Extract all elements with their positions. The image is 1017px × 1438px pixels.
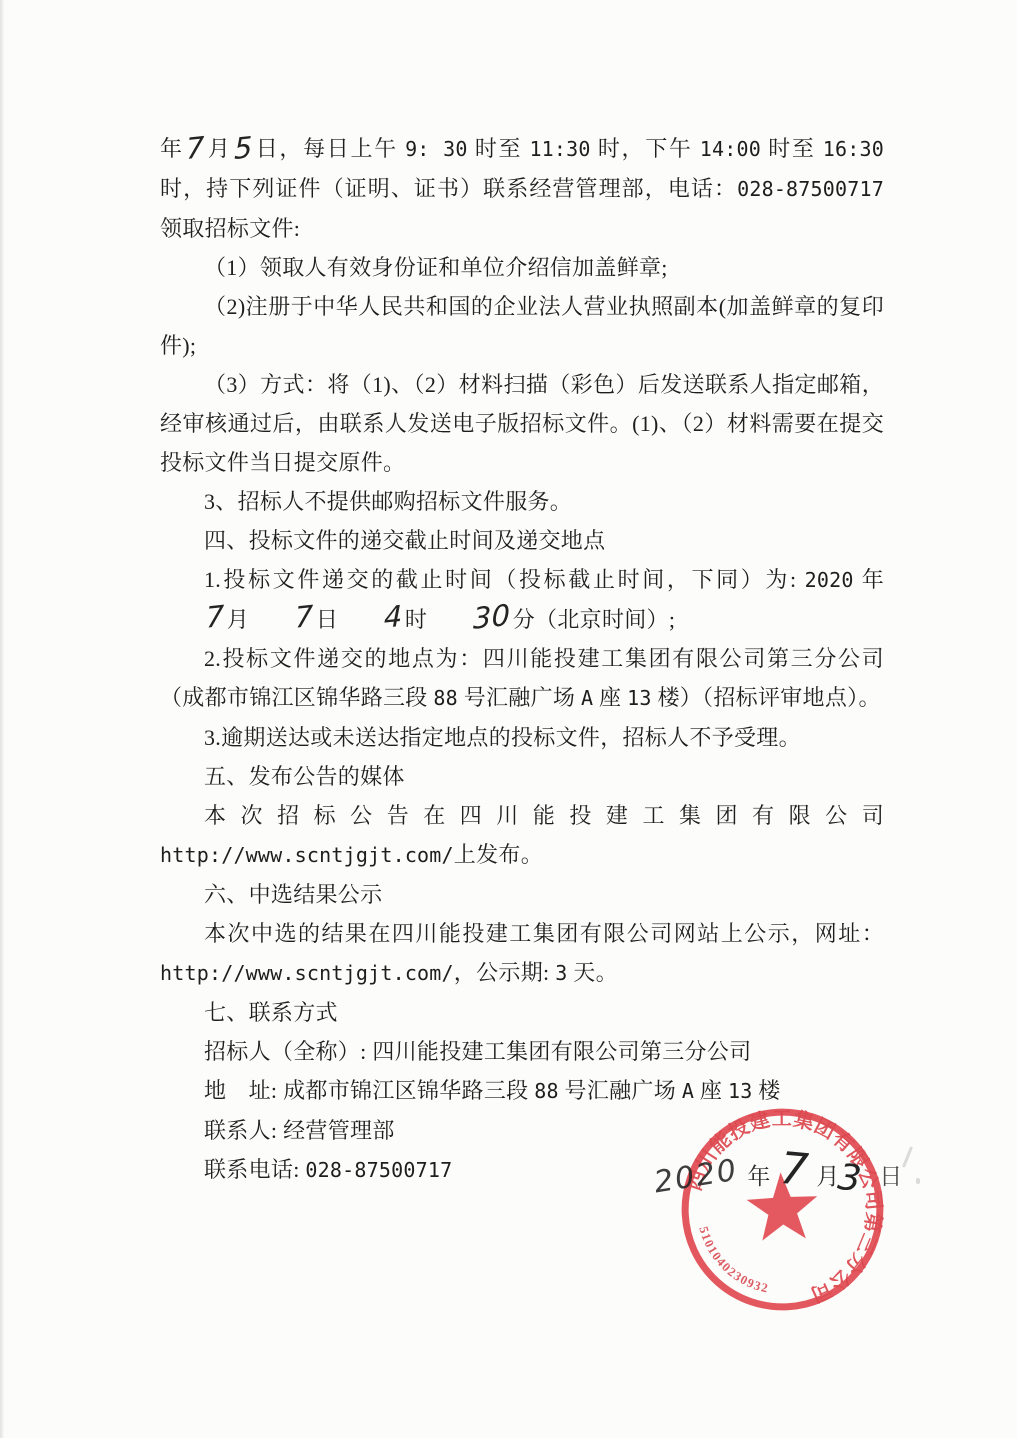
- mono-segment: 13: [728, 1079, 752, 1103]
- mono-segment: http://www.scntjgjt.com/: [160, 961, 454, 985]
- scan-edge-artifact: [0, 0, 4, 1438]
- text-segment: 时: [405, 607, 427, 632]
- paragraph: 2.投标文件递交的地点为：四川能投建工集团有限公司第三分公司（成都市锦江区锦华路…: [160, 639, 884, 718]
- text-segment: 月: [227, 607, 249, 632]
- text-segment: 时至: [468, 136, 530, 161]
- text-segment: 天。: [567, 960, 617, 985]
- mono-segment: http://www.scntjgjt.com/: [160, 843, 454, 867]
- seal-serial-text: 5101040230932: [696, 1222, 771, 1299]
- text-segment: 四、投标文件的递交截止时间及递交地点: [204, 528, 605, 553]
- text-segment: 时至: [761, 136, 823, 161]
- text-segment: 3.逾期送达或未送达指定地点的投标文件，招标人不予受理。: [204, 725, 801, 750]
- text-segment: （1）领取人有效身份证和单位介绍信加盖鲜章;: [204, 255, 668, 280]
- text-segment: 座: [694, 1078, 728, 1103]
- text-segment: （2)注册于中华人民共和国的企业法人营业执照副本(加盖鲜章的复印件);: [160, 294, 884, 358]
- text-segment: 时，下午: [591, 136, 700, 161]
- text-segment: 联系电话:: [204, 1157, 305, 1182]
- paragraph: 联系电话: 028-87500717: [160, 1150, 884, 1190]
- paragraph: 五、发布公告的媒体: [160, 757, 884, 796]
- paragraph: 本次中选的结果在四川能投建工集团有限公司网站上公示，网址：http://www.…: [160, 914, 884, 993]
- paragraph: 七、联系方式: [160, 993, 884, 1032]
- text-segment: 1.投标文件递交的截止时间（投标截止时间，下同）为:: [204, 567, 805, 592]
- text-segment: 本次招标公告在四川能投建工集团有限公司: [204, 803, 884, 828]
- paragraph: 联系人: 经营管理部: [160, 1111, 884, 1150]
- text-segment: 招标人（全称）: 四川能投建工集团有限公司第三分公司: [204, 1039, 751, 1064]
- document-body: 年7月5日，每日上午 9: 30 时至 11:30 时，下午 14:00 时至 …: [160, 129, 884, 1190]
- text-segment: 时，持下列证件（证明、证书）联系经营管理部，电话：: [160, 176, 737, 201]
- text-segment: （3）方式：将（1)、（2）材料扫描（彩色）后发送联系人指定邮箱，经审核通过后，…: [160, 372, 884, 475]
- text-segment: 七、联系方式: [204, 1000, 338, 1025]
- text-segment: ，公示期:: [454, 960, 555, 985]
- handwritten-segment: 4: [338, 616, 404, 623]
- mono-segment: A: [581, 686, 593, 710]
- mono-segment: 88: [433, 686, 457, 710]
- paragraph: 1.投标文件递交的截止时间（投标截止时间，下同）为: 2020 年7月7日4时3…: [160, 560, 884, 639]
- mono-segment: 13: [627, 686, 651, 710]
- text-segment: 分（北京时间）;: [513, 607, 676, 632]
- text-segment: 上发布。: [454, 842, 543, 867]
- text-segment: 座: [593, 685, 627, 710]
- handwritten-segment: 30: [427, 615, 512, 624]
- paragraph: 四、投标文件的递交截止时间及递交地点: [160, 521, 884, 560]
- paragraph: 招标人（全称）: 四川能投建工集团有限公司第三分公司: [160, 1032, 884, 1071]
- paragraph: （2)注册于中华人民共和国的企业法人营业执照副本(加盖鲜章的复印件);: [160, 287, 884, 365]
- handwritten-segment: 7: [160, 616, 226, 623]
- text-segment: 日，每日上午: [254, 136, 405, 161]
- mono-segment: 11:30: [529, 137, 590, 161]
- mono-segment: 028-87500717: [305, 1158, 452, 1182]
- text-segment: 号汇融广场: [559, 1078, 682, 1103]
- paragraph: 3、招标人不提供邮购招标文件服务。: [160, 482, 884, 521]
- text-segment: 联系人: 经营管理部: [204, 1118, 395, 1143]
- paragraph: 年7月5日，每日上午 9: 30 时至 11:30 时，下午 14:00 时至 …: [160, 129, 884, 248]
- mono-segment: A: [682, 1079, 694, 1103]
- text-segment: 楼）（招标评审地点）。: [652, 685, 881, 710]
- paragraph: 地 址: 成都市锦江区锦华路三段 88 号汇融广场 A 座 13 楼: [160, 1071, 884, 1111]
- text-segment: 年: [160, 136, 184, 161]
- text-segment: 领取招标文件:: [160, 216, 300, 241]
- scanned-document-page: 年7月5日，每日上午 9: 30 时至 11:30 时，下午 14:00 时至 …: [0, 0, 1017, 1438]
- scan-speck: [902, 1146, 913, 1168]
- text-segment: 本次中选的结果在四川能投建工集团有限公司网站上公示，网址：: [204, 921, 884, 946]
- scan-speck: [916, 1178, 920, 1184]
- text-segment: 楼: [752, 1078, 780, 1103]
- paragraph: 六、中选结果公示: [160, 875, 884, 914]
- paragraph: （1）领取人有效身份证和单位介绍信加盖鲜章;: [160, 248, 884, 287]
- mono-segment: 3: [555, 961, 567, 985]
- paragraph: （3）方式：将（1)、（2）材料扫描（彩色）后发送联系人指定邮箱，经审核通过后，…: [160, 365, 884, 482]
- text-segment: 日: [316, 607, 338, 632]
- mono-segment: 9: 30: [405, 137, 468, 161]
- paragraph: 3.逾期送达或未送达指定地点的投标文件，招标人不予受理。: [160, 718, 884, 757]
- paragraph: 本次招标公告在四川能投建工集团有限公司 http://www.scntjgjt.…: [160, 796, 884, 875]
- text-segment: 六、中选结果公示: [204, 882, 382, 907]
- text-segment: 3、招标人不提供邮购招标文件服务。: [204, 489, 572, 514]
- text-segment: 地 址: 成都市锦江区锦华路三段: [204, 1078, 534, 1103]
- mono-segment: 14:00: [700, 137, 761, 161]
- handwritten-segment: 7: [249, 616, 315, 623]
- text-segment: 年: [854, 567, 884, 592]
- text-segment: 月: [206, 136, 231, 161]
- mono-segment: 2020: [805, 568, 854, 592]
- handwritten-segment: 7: [184, 147, 207, 149]
- mono-segment: 16:30: [823, 137, 884, 161]
- text-segment: 五、发布公告的媒体: [204, 764, 405, 789]
- mono-segment: 88: [534, 1079, 558, 1103]
- text-segment: 号汇融广场: [458, 685, 581, 710]
- mono-segment: 028-87500717: [737, 177, 884, 201]
- handwritten-segment: 5: [232, 147, 255, 149]
